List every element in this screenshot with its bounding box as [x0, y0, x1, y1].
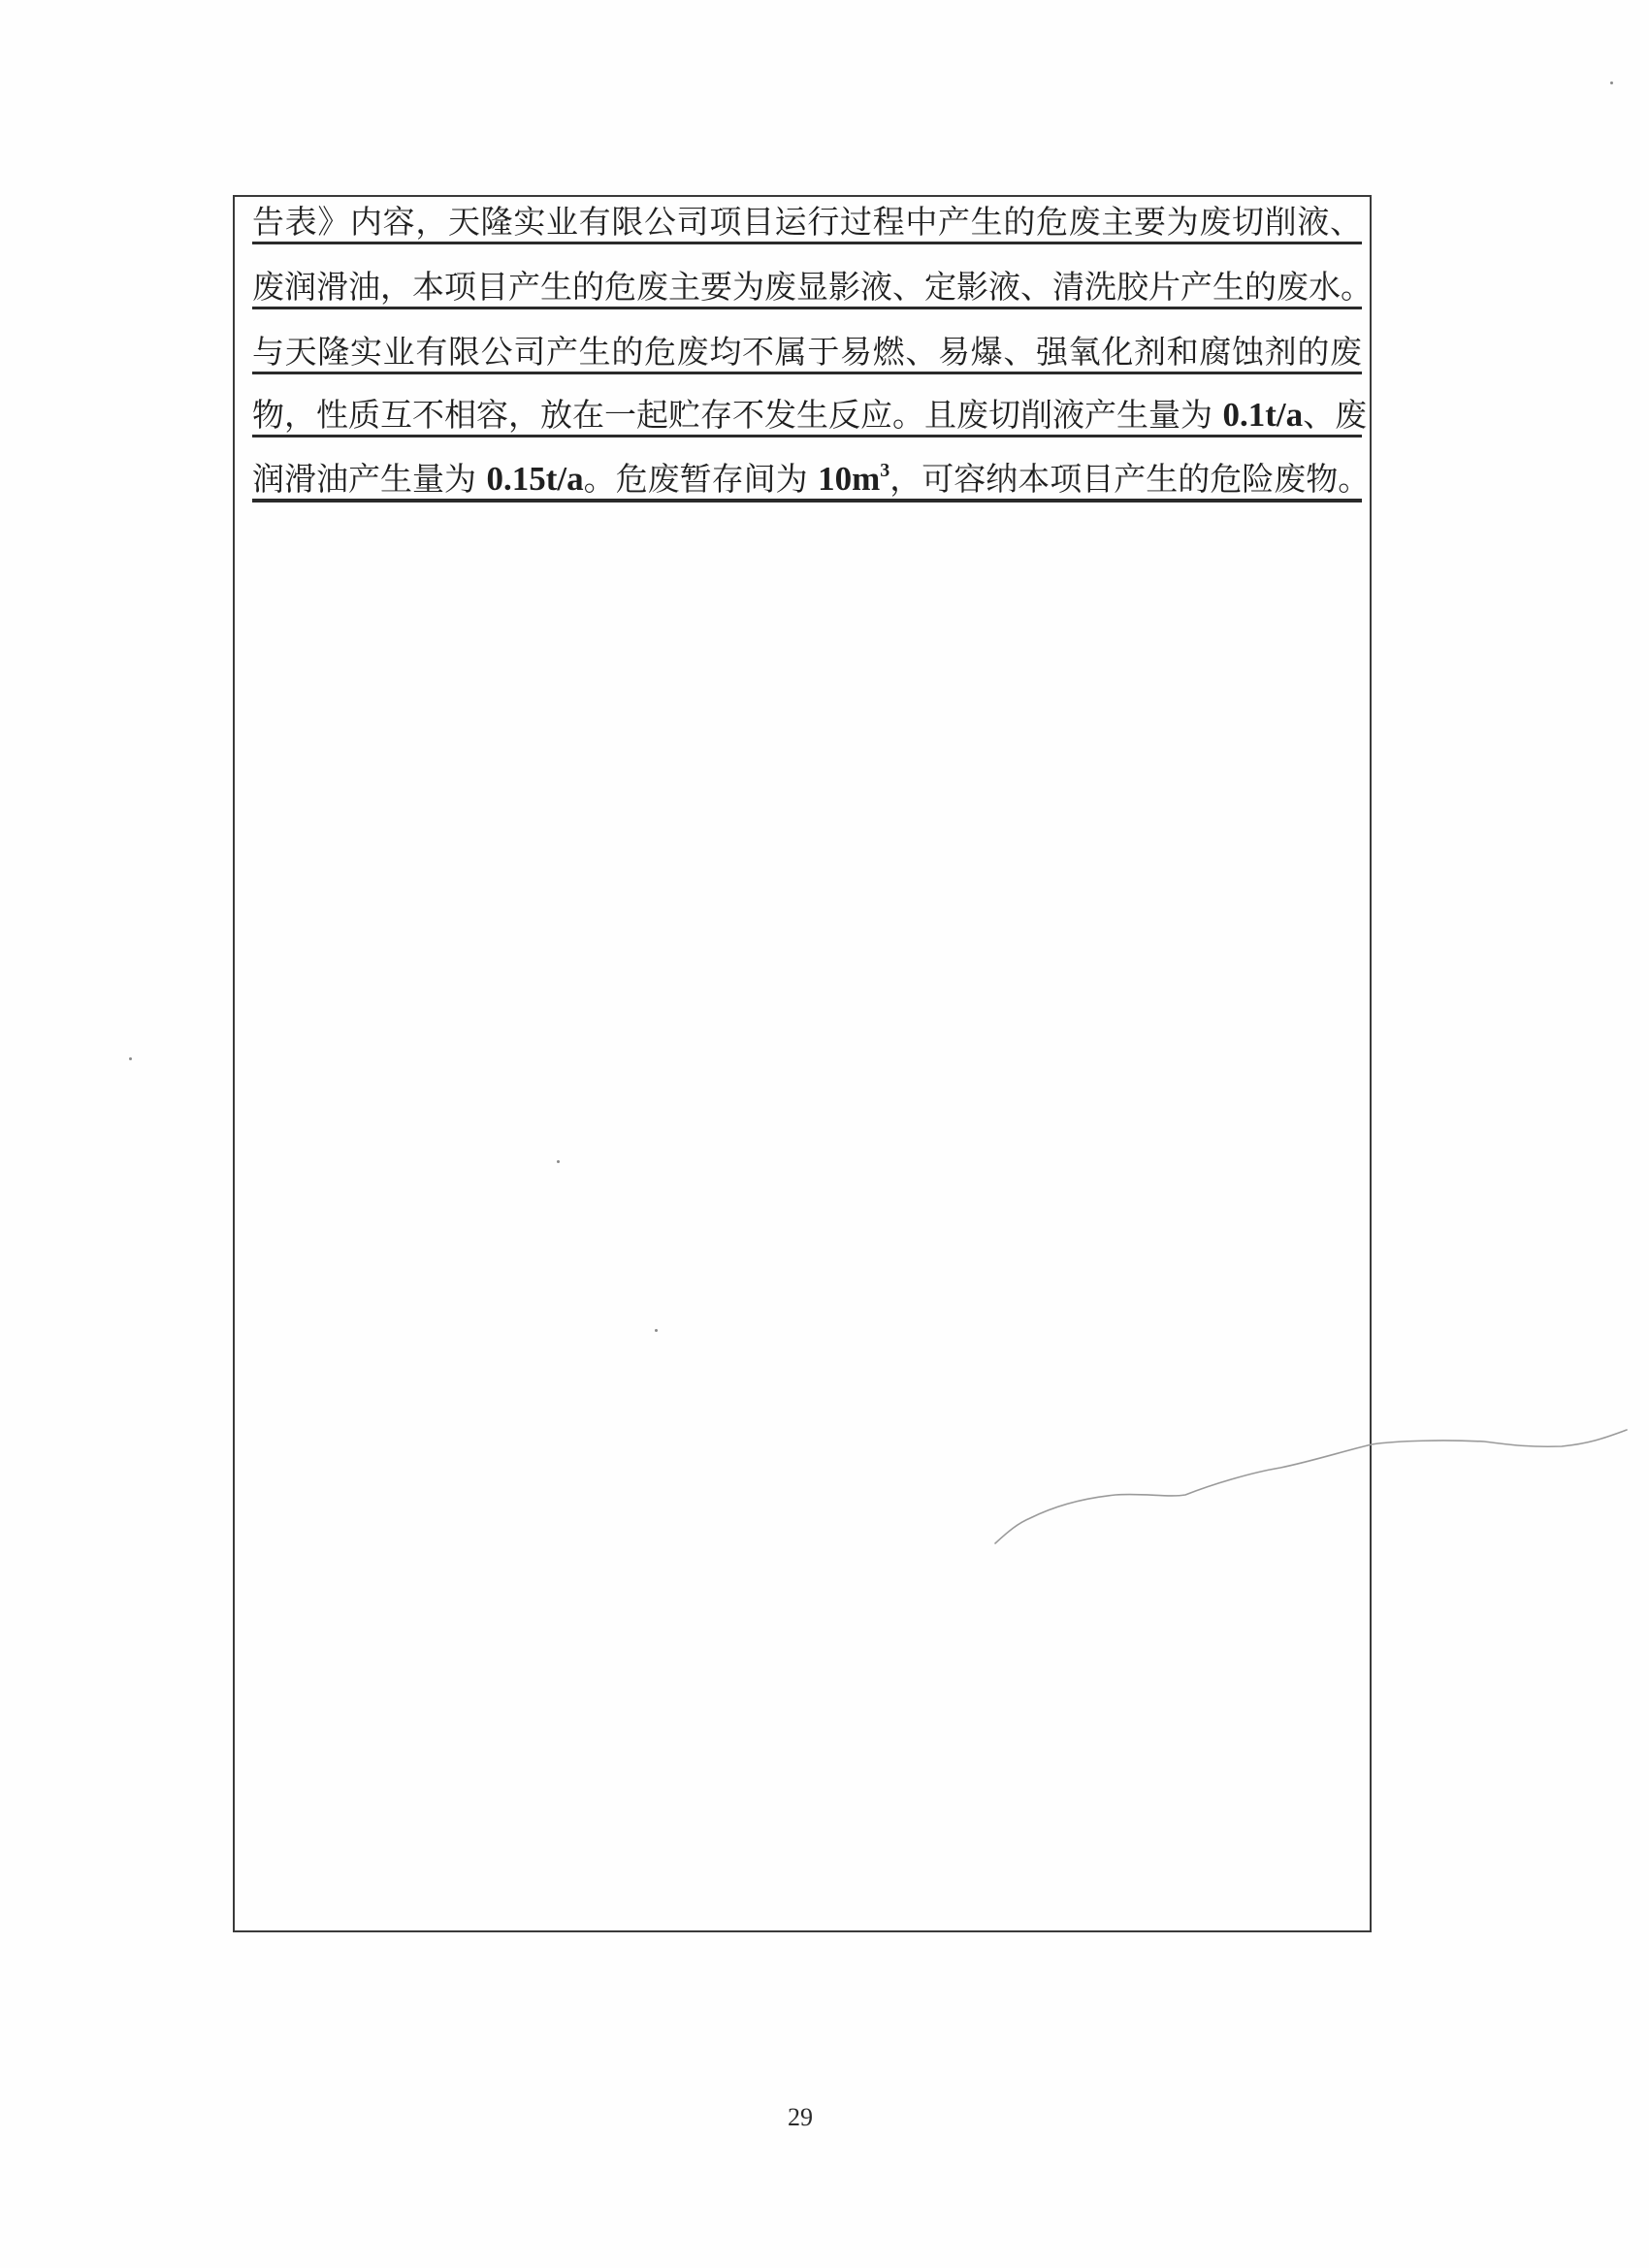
cutting-fluid-amount: 0.1t/a: [1223, 396, 1304, 434]
paragraph-line-3: 与天隆实业有限公司产生的危废均不属于易燃、易爆、强氧化剂和腐蚀剂的废: [252, 335, 1362, 374]
scan-speck: [1610, 81, 1613, 84]
paragraph-line-2: 废润滑油，本项目产生的危废主要为废显影液、定影液、清洗胶片产生的废水。: [252, 270, 1362, 309]
line-text: 与天隆实业有限公司产生的危废均不属于易燃、易爆、强氧化剂和腐蚀剂的废: [252, 333, 1362, 371]
scan-speck: [129, 1057, 132, 1060]
line-text: ，可容纳本项目产生的危险废物。: [889, 460, 1370, 498]
paragraph-line-5: 润滑油产生量为 0.15t/a。危废暂存间为 10m3，可容纳本项目产生的危险废…: [252, 462, 1362, 502]
line-text: 、废: [1303, 396, 1367, 434]
content-frame: [233, 195, 1372, 1932]
paragraph-line-4: 物，性质互不相容，放在一起贮存不发生反应。且废切削液产生量为 0.1t/a、废: [252, 398, 1362, 437]
line-text: 废润滑油，本项目产生的危废主要为废显影液、定影液、清洗胶片产生的废水。: [252, 268, 1373, 306]
line-text: 告表》内容，天隆实业有限公司项目运行过程中产生的危废主要为废切削液、: [252, 203, 1362, 241]
scan-speck: [655, 1329, 658, 1332]
document-page: 告表》内容，天隆实业有限公司项目运行过程中产生的危废主要为废切削液、 废润滑油，…: [0, 0, 1649, 2268]
page-number: 29: [776, 2103, 824, 2132]
lubricant-amount: 0.15t/a: [487, 460, 584, 498]
scan-speck: [557, 1160, 560, 1163]
storage-volume-exponent: 3: [880, 460, 889, 481]
line-text: 润滑油产生量为: [252, 460, 487, 498]
line-text: 物，性质互不相容，放在一起贮存不发生反应。且废切削液产生量为: [252, 396, 1223, 434]
storage-volume: 10m: [818, 460, 880, 498]
paragraph-line-1: 告表》内容，天隆实业有限公司项目运行过程中产生的危废主要为废切削液、: [252, 205, 1362, 244]
line-text: 。危废暂存间为: [584, 460, 819, 498]
